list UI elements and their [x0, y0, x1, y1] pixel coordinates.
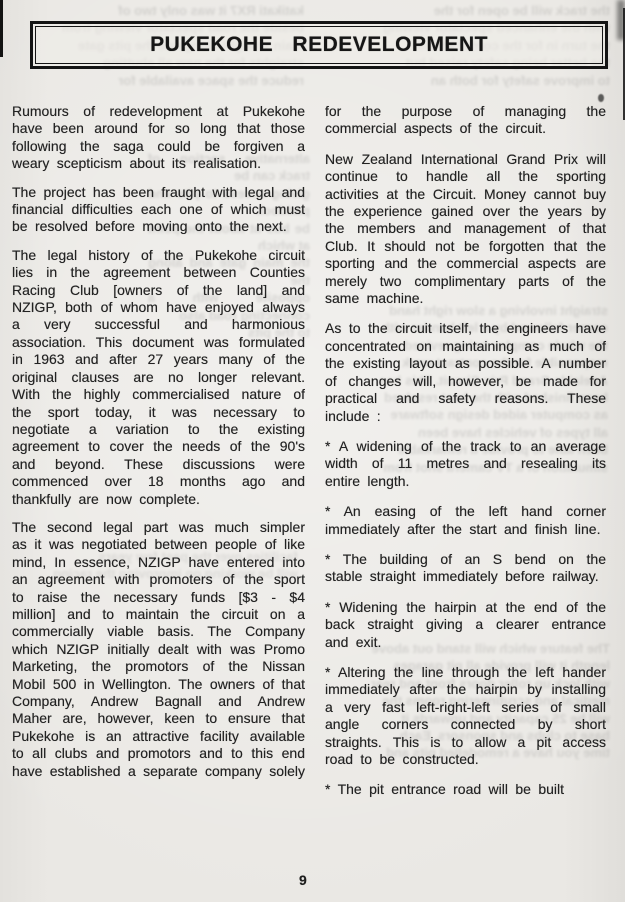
scan-edge-artifact-left	[0, 0, 3, 57]
article-column-right: for the purpose of managing the commerci…	[325, 103, 606, 875]
bullet-s-bend: * The building of an S bend on the stabl…	[325, 551, 606, 586]
paragraph-nzigp-sporting: New Zealand International Grand Prix wil…	[325, 151, 606, 308]
title-box: PUKEKOHE REDEVELOPMENT	[30, 21, 608, 69]
bullet-track-widening: * A widening of the track to an average …	[325, 438, 606, 490]
bullet-left-hand-corner: * An easing of the left hand corner imme…	[325, 503, 606, 538]
scanned-newsletter-page: katikati RX7 it was only two of beside t…	[0, 0, 625, 902]
bullet-line-altering: * Altering the line through the left han…	[325, 664, 606, 768]
paragraph-project-difficulties: The project has been fraught with legal …	[12, 184, 305, 236]
bullet-hairpin-widening: * Widening the hairpin at the end of the…	[325, 599, 606, 651]
ink-spot	[598, 94, 604, 102]
scan-smudge-top-right	[617, 0, 625, 40]
page-number: 9	[299, 872, 307, 888]
bullet-pit-entrance-road: * The pit entrance road will be built	[325, 781, 606, 798]
title-box-inner-rule: PUKEKOHE REDEVELOPMENT	[35, 26, 603, 64]
paragraph-rumours: Rumours of redevelopment at Pukekohe hav…	[12, 103, 305, 173]
paragraph-managing-commercial: for the purpose of managing the commerci…	[325, 103, 606, 138]
article-column-left: Rumours of redevelopment at Pukekohe hav…	[12, 103, 305, 875]
paragraph-legal-history: The legal history of the Pukekohe circui…	[12, 247, 305, 508]
paragraph-second-legal-part: The second legal part was much simpler a…	[12, 519, 305, 780]
page-title: PUKEKOHE REDEVELOPMENT	[150, 33, 488, 57]
paragraph-engineers-changes: As to the circuit itself, the engineers …	[325, 320, 606, 424]
